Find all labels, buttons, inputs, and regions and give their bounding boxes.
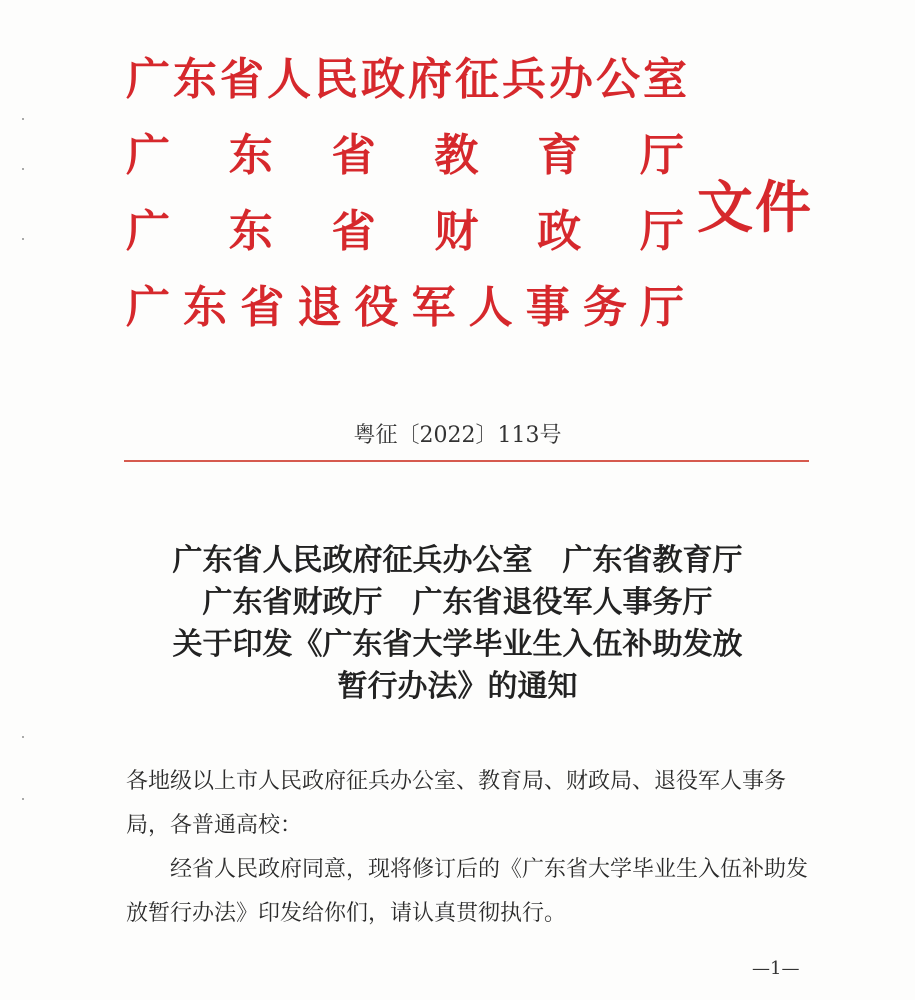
scan-speck: [22, 168, 24, 170]
notice-body: 各地级以上市人民政府征兵办公室、教育局、财政局、退役军人事务局，各普通高校： 经…: [126, 760, 816, 936]
body-paragraph: 经省人民政府同意，现将修订后的《广东省大学毕业生入伍补助发放暂行办法》印发给你们…: [126, 848, 816, 936]
document-label: 文件: [697, 164, 813, 244]
scan-speck: [22, 798, 24, 800]
red-separator-rule: [124, 460, 809, 462]
issuer-line-2: 广 东 省 教 育 厅: [126, 134, 684, 178]
issuer-line-1: 广东省人民政府征兵办公室: [126, 58, 690, 102]
addressee: 各地级以上市人民政府征兵办公室、教育局、财政局、退役军人事务局，各普通高校：: [126, 760, 816, 848]
issuer-line-3: 广 东 省 财 政 厅: [126, 210, 684, 254]
title-line-3: 关于印发《广东省大学毕业生入伍补助发放: [0, 624, 915, 666]
document-number: 粤征〔2022〕113号: [0, 418, 915, 449]
title-line-2: 广东省财政厅 广东省退役军人事务厅: [0, 582, 915, 624]
scan-speck: [22, 736, 24, 738]
title-line-1: 广东省人民政府征兵办公室 广东省教育厅: [0, 540, 915, 582]
scan-speck: [22, 238, 24, 240]
notice-title: 广东省人民政府征兵办公室 广东省教育厅 广东省财政厅 广东省退役军人事务厅 关于…: [0, 540, 915, 708]
scan-speck: [22, 118, 24, 120]
issuer-line-4: 广 东 省 退 役 军 人 事 务 厅: [126, 286, 684, 330]
page-number: —1—: [752, 958, 799, 979]
title-line-4: 暂行办法》的通知: [0, 666, 915, 708]
